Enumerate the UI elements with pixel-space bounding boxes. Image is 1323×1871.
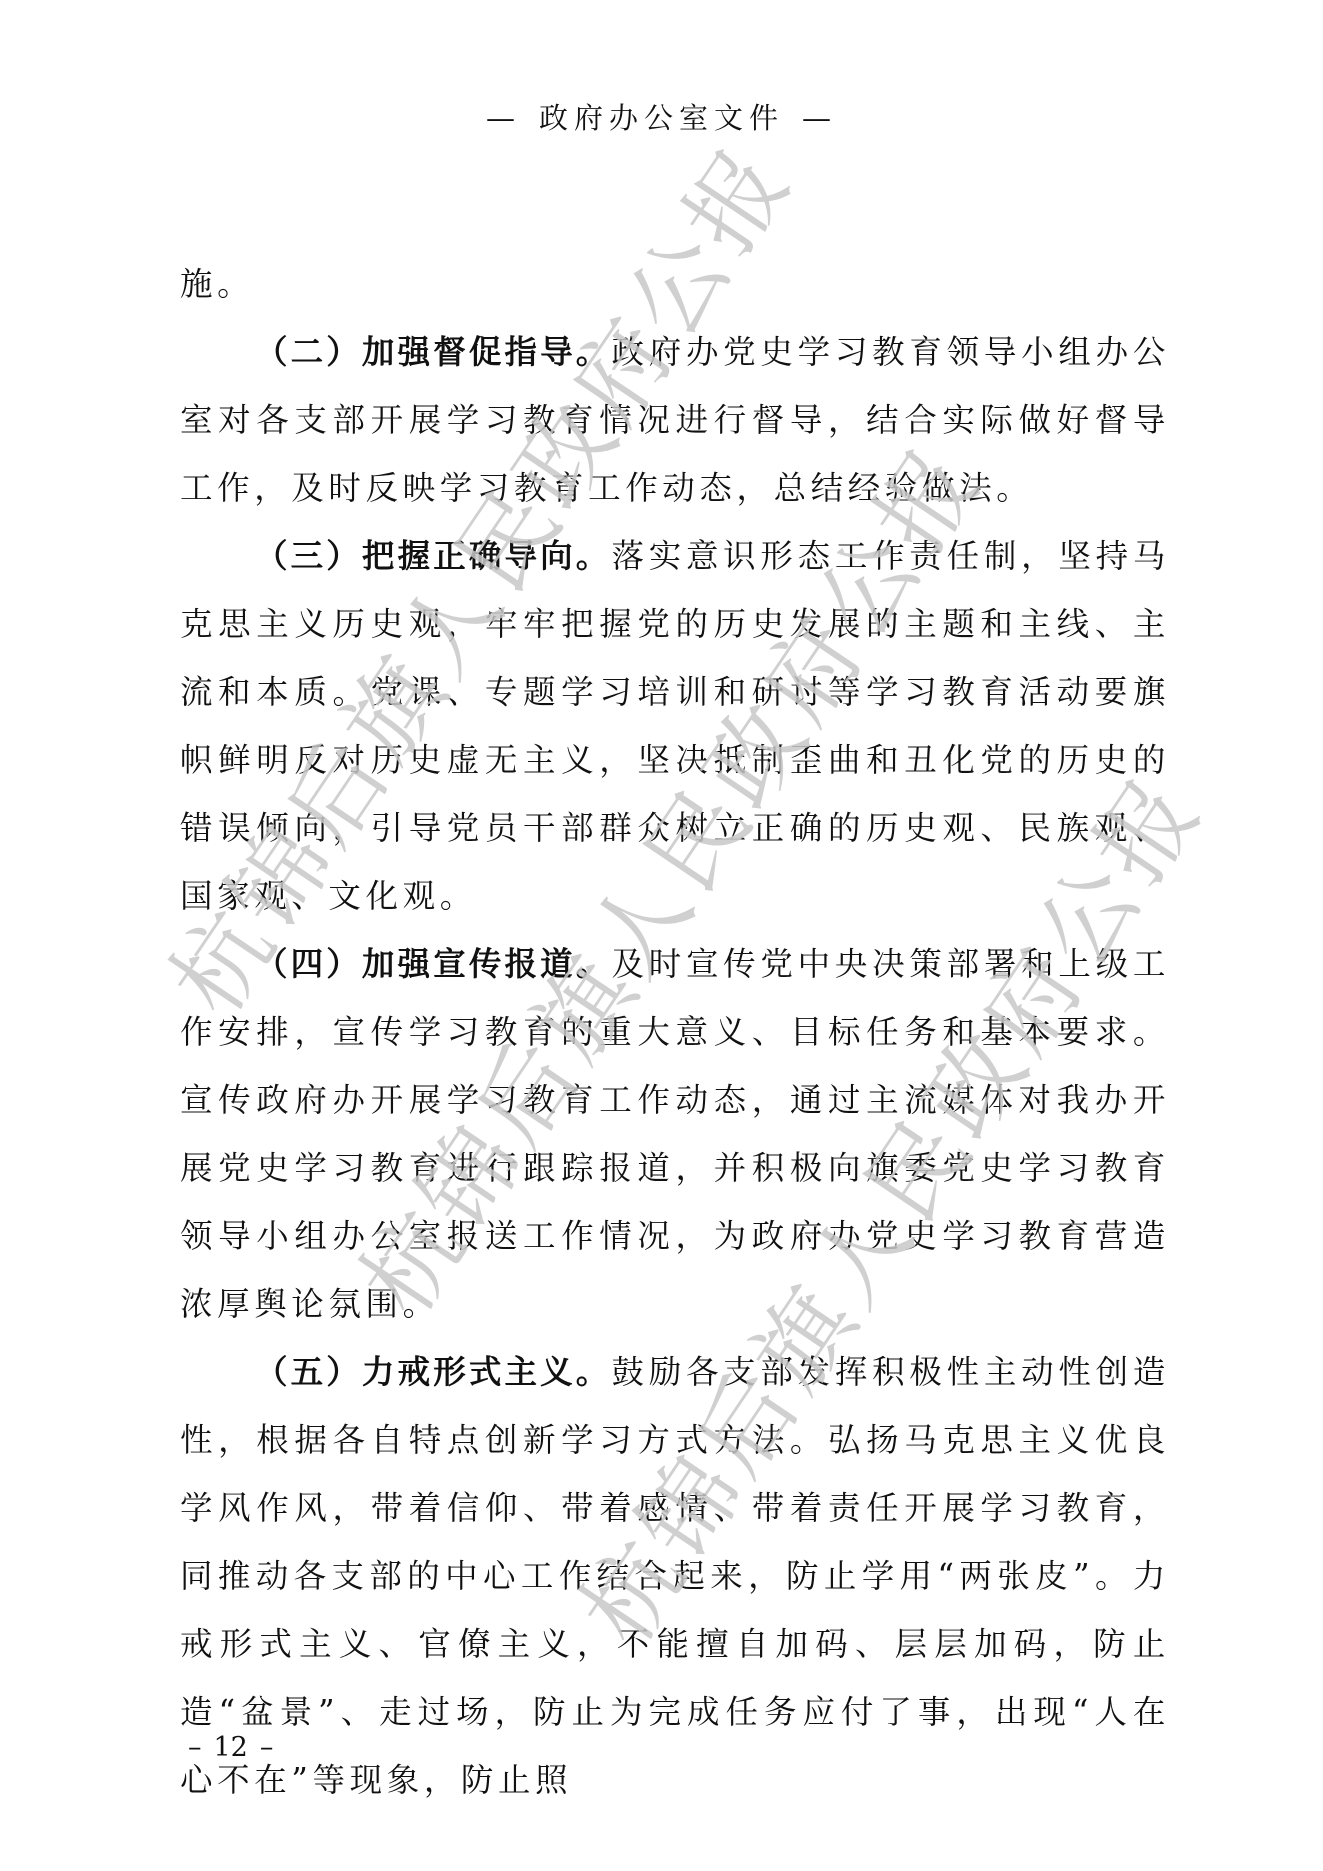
paragraph-text: 鼓励各支部发挥积极性主动性创造性，根据各自特点创新学习方式方法。弘扬马克思主义优…: [180, 1353, 1170, 1799]
paragraph-supervision: （二）加强督促指导。政府办党史学习教育领导小组办公室对各支部开展学习教育情况进行…: [180, 318, 1170, 522]
paragraph-heading: （四）加强宣传报道。: [255, 944, 611, 983]
paragraph-text: 落实意识形态工作责任制，坚持马克思主义历史观，牢牢把握党的历史发展的主题和主线、…: [180, 537, 1170, 915]
paragraph-heading: （五）力戒形式主义。: [255, 1352, 611, 1391]
paragraph-heading: （二）加强督促指导。: [255, 332, 611, 371]
header-dash-right: —: [802, 98, 837, 138]
paragraph-text: 施。: [180, 265, 254, 303]
footer-dash-left: –: [188, 1732, 202, 1763]
page-number: 12: [214, 1732, 248, 1763]
page-footer: –12–: [176, 1728, 285, 1768]
paragraph-continuation: 施。: [180, 250, 1170, 318]
header-title: 政府办公室文件: [539, 101, 784, 135]
paragraph-publicity: （四）加强宣传报道。及时宣传党中央决策部署和上级工作安排，宣传学习教育的重大意义…: [180, 930, 1170, 1338]
document-body: 施。 （二）加强督促指导。政府办党史学习教育领导小组办公室对各支部开展学习教育情…: [180, 250, 1170, 1814]
header-dash-left: —: [486, 98, 521, 138]
paragraph-orientation: （三）把握正确导向。落实意识形态工作责任制，坚持马克思主义历史观，牢牢把握党的历…: [180, 522, 1170, 930]
paragraph-text: 及时宣传党中央决策部署和上级工作安排，宣传学习教育的重大意义、目标任务和基本要求…: [180, 945, 1170, 1323]
document-header: —政府办公室文件—: [0, 98, 1323, 138]
paragraph-formalism: （五）力戒形式主义。鼓励各支部发挥积极性主动性创造性，根据各自特点创新学习方式方…: [180, 1338, 1170, 1814]
footer-dash-right: –: [260, 1732, 274, 1763]
paragraph-heading: （三）把握正确导向。: [255, 536, 611, 575]
